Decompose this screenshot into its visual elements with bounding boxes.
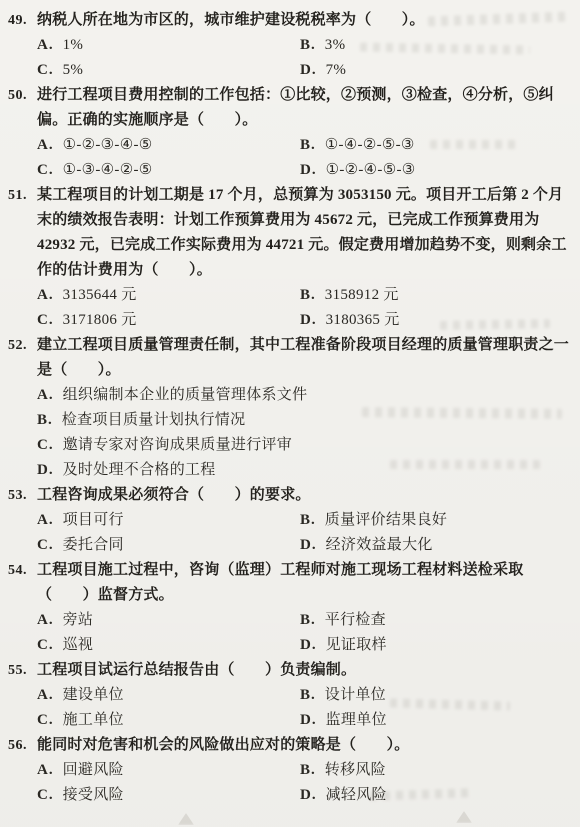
option-text: 委托合同 (63, 537, 124, 553)
question-number: 54. (8, 558, 37, 583)
question-54: 54. 工程项目施工过程中，咨询（监理）工程师对施工现场工程材料送检采取（ ）监… (8, 558, 572, 658)
option-b: B.3158912 元 (300, 283, 572, 308)
option-label: B. (300, 133, 316, 158)
option-text: 监理单位 (326, 712, 387, 728)
option-text: 平行检查 (325, 612, 386, 628)
option-d: D.及时处理不合格的工程 (37, 458, 572, 483)
option-a: A.项目可行 (37, 508, 300, 533)
question-number: 56. (8, 733, 37, 758)
options-grid: A.建设单位 B.设计单位 C.施工单位 D.监理单位 (37, 683, 572, 733)
option-text: 邀请专家对咨询成果质量进行评审 (63, 437, 293, 453)
options-grid: A.项目可行 B.质量评价结果良好 C.委托合同 D.经济效益最大化 (37, 508, 572, 558)
option-a: A.旁站 (37, 608, 300, 633)
options-grid: A.3135644 元 B.3158912 元 C.3171806 元 D.31… (37, 283, 572, 333)
option-label: C. (37, 158, 54, 183)
option-text: 3158912 元 (325, 287, 399, 303)
option-b: B.质量评价结果良好 (300, 508, 572, 533)
option-label: C. (37, 708, 54, 733)
question-51: 51. 某工程项目的计划工期是 17 个月，总预算为 3053150 元。项目开… (8, 183, 572, 333)
option-label: A. (37, 33, 54, 58)
option-b: B.检查项目质量计划执行情况 (37, 408, 572, 433)
option-d: D.7% (300, 58, 572, 83)
option-label: D. (37, 458, 54, 483)
option-c: C.委托合同 (37, 533, 300, 558)
options-list: A.组织编制本企业的质量管理体系文件 B.检查项目质量计划执行情况 C.邀请专家… (37, 383, 572, 483)
option-label: D. (300, 533, 317, 558)
question-number: 50. (8, 83, 37, 108)
option-a: A.1% (37, 33, 300, 58)
option-d: D.减轻风险 (300, 783, 572, 808)
question-49: 49. 纳税人所在地为市区的，城市维护建设税税率为（ ）。 A.1% B.3% … (8, 8, 572, 83)
option-label: D. (300, 633, 317, 658)
option-d: D.3180365 元 (300, 308, 572, 333)
option-text: 3171806 元 (63, 312, 137, 328)
option-text: 施工单位 (63, 712, 124, 728)
options-grid: A.1% B.3% C.5% D.7% (37, 33, 572, 83)
option-text: 接受风险 (63, 787, 124, 803)
option-d: D.①-②-④-⑤-③ (300, 158, 572, 183)
option-label: B. (37, 408, 53, 433)
option-text: 旁站 (63, 612, 94, 628)
option-label: D. (300, 783, 317, 808)
option-a: A.回避风险 (37, 758, 300, 783)
option-label: C. (37, 633, 54, 658)
option-a: A.建设单位 (37, 683, 300, 708)
option-c: C.接受风险 (37, 783, 300, 808)
option-text: ①-④-②-⑤-③ (325, 137, 415, 153)
option-text: 7% (326, 62, 347, 78)
option-b: B.①-④-②-⑤-③ (300, 133, 572, 158)
option-d: D.经济效益最大化 (300, 533, 572, 558)
option-text: 1% (63, 37, 84, 53)
option-text: 检查项目质量计划执行情况 (62, 412, 246, 428)
option-text: ①-②-③-④-⑤ (63, 137, 153, 153)
option-label: C. (37, 533, 54, 558)
option-label: B. (300, 608, 316, 633)
option-text: 经济效益最大化 (326, 537, 433, 553)
option-b: B.设计单位 (300, 683, 572, 708)
option-label: B. (300, 758, 316, 783)
option-text: 组织编制本企业的质量管理体系文件 (63, 387, 308, 403)
option-label: A. (37, 283, 54, 308)
options-grid: A.旁站 B.平行检查 C.巡视 D.见证取样 (37, 608, 572, 658)
option-text: 见证取样 (326, 637, 387, 653)
option-label: B. (300, 683, 316, 708)
option-text: 项目可行 (63, 512, 124, 528)
question-stem: 某工程项目的计划工期是 17 个月，总预算为 3053150 元。项目开工后第 … (37, 183, 572, 283)
option-text: 回避风险 (63, 762, 124, 778)
option-text: 3135644 元 (63, 287, 137, 303)
option-label: B. (300, 33, 316, 58)
question-53: 53. 工程咨询成果必须符合（ ）的要求。 A.项目可行 B.质量评价结果良好 … (8, 483, 572, 558)
question-stem: 纳税人所在地为市区的，城市维护建设税税率为（ ）。 (37, 8, 572, 33)
options-grid: A.回避风险 B.转移风险 C.接受风险 D.减轻风险 (37, 758, 572, 808)
option-label: B. (300, 508, 316, 533)
option-label: A. (37, 383, 54, 408)
question-stem: 工程咨询成果必须符合（ ）的要求。 (37, 483, 572, 508)
option-label: A. (37, 133, 54, 158)
option-c: C.①-③-④-②-⑤ (37, 158, 300, 183)
question-stem: 工程项目试运行总结报告由（ ）负责编制。 (37, 658, 572, 683)
question-number: 52. (8, 333, 37, 358)
option-label: A. (37, 683, 54, 708)
option-text: ①-②-④-⑤-③ (326, 162, 416, 178)
question-stem: 能同时对危害和机会的风险做出应对的策略是（ ）。 (37, 733, 572, 758)
option-b: B.转移风险 (300, 758, 572, 783)
option-text: 转移风险 (325, 762, 386, 778)
option-label: D. (300, 158, 317, 183)
question-56: 56. 能同时对危害和机会的风险做出应对的策略是（ ）。 A.回避风险 B.转移… (8, 733, 572, 808)
option-text: 建设单位 (63, 687, 124, 703)
scan-smudge (456, 811, 472, 823)
question-number: 55. (8, 658, 37, 683)
options-grid: A.①-②-③-④-⑤ B.①-④-②-⑤-③ C.①-③-④-②-⑤ D.①-… (37, 133, 572, 183)
option-label: D. (300, 708, 317, 733)
option-text: 减轻风险 (326, 787, 387, 803)
option-text: 巡视 (63, 637, 94, 653)
option-d: D.监理单位 (300, 708, 572, 733)
option-c: C.邀请专家对咨询成果质量进行评审 (37, 433, 572, 458)
option-label: B. (300, 283, 316, 308)
question-number: 53. (8, 483, 37, 508)
option-c: C.施工单位 (37, 708, 300, 733)
option-a: A.①-②-③-④-⑤ (37, 133, 300, 158)
option-text: 5% (63, 62, 84, 78)
question-50: 50. 进行工程项目费用控制的工作包括：①比较，②预测，③检查，④分析，⑤纠偏。… (8, 83, 572, 183)
question-stem: 工程项目施工过程中，咨询（监理）工程师对施工现场工程材料送检采取（ ）监督方式。 (37, 558, 572, 608)
question-55: 55. 工程项目试运行总结报告由（ ）负责编制。 A.建设单位 B.设计单位 C… (8, 658, 572, 733)
option-label: C. (37, 308, 54, 333)
option-c: C.5% (37, 58, 300, 83)
option-text: 3% (325, 37, 346, 53)
option-text: 3180365 元 (326, 312, 400, 328)
option-label: A. (37, 608, 54, 633)
option-b: B.平行检查 (300, 608, 572, 633)
question-stem: 进行工程项目费用控制的工作包括：①比较，②预测，③检查，④分析，⑤纠偏。正确的实… (37, 83, 572, 133)
option-a: A.3135644 元 (37, 283, 300, 308)
option-label: C. (37, 433, 54, 458)
option-a: A.组织编制本企业的质量管理体系文件 (37, 383, 572, 408)
option-text: 设计单位 (325, 687, 386, 703)
question-number: 51. (8, 183, 37, 208)
scanned-exam-page: 49. 纳税人所在地为市区的，城市维护建设税税率为（ ）。 A.1% B.3% … (0, 0, 580, 827)
scan-smudge (178, 813, 194, 825)
option-text: ①-③-④-②-⑤ (63, 162, 153, 178)
option-c: C.3171806 元 (37, 308, 300, 333)
question-stem: 建立工程项目质量管理责任制，其中工程准备阶段项目经理的质量管理职责之一是（ ）。 (37, 333, 572, 383)
question-number: 49. (8, 8, 37, 33)
question-52: 52. 建立工程项目质量管理责任制，其中工程准备阶段项目经理的质量管理职责之一是… (8, 333, 572, 483)
option-label: A. (37, 758, 54, 783)
option-c: C.巡视 (37, 633, 300, 658)
option-label: A. (37, 508, 54, 533)
option-label: D. (300, 308, 317, 333)
option-label: D. (300, 58, 317, 83)
option-label: C. (37, 783, 54, 808)
option-text: 质量评价结果良好 (325, 512, 447, 528)
option-label: C. (37, 58, 54, 83)
option-text: 及时处理不合格的工程 (63, 462, 216, 478)
option-b: B.3% (300, 33, 572, 58)
option-d: D.见证取样 (300, 633, 572, 658)
